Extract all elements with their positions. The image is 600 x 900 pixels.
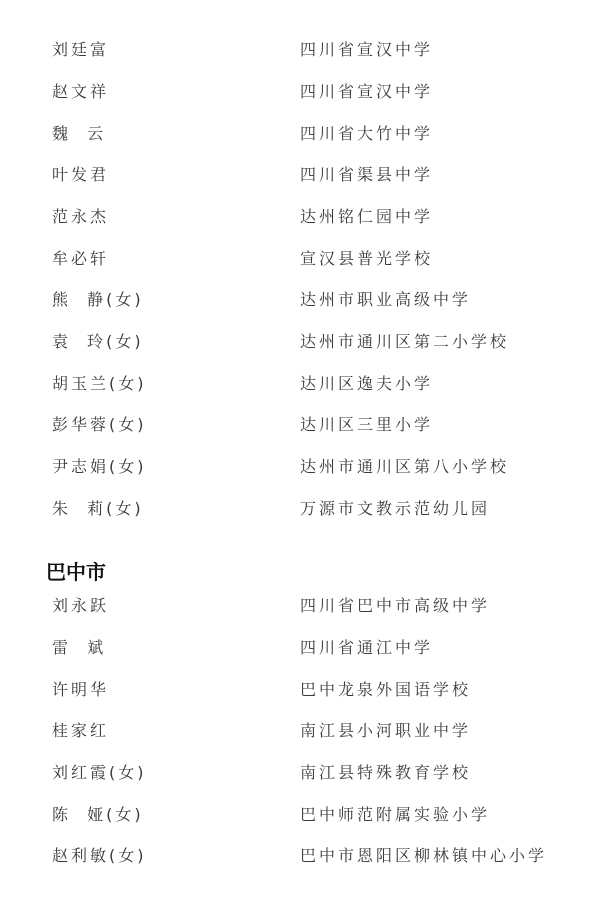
person-name: 赵利敏(女) — [52, 844, 147, 868]
person-name: 桂家红 — [52, 719, 109, 743]
list-item: 魏 云四川省大竹中学 — [0, 122, 600, 146]
school-name: 四川省渠县中学 — [300, 163, 433, 187]
list-item: 雷 斌四川省通江中学 — [0, 636, 600, 660]
person-name: 雷 斌 — [52, 636, 106, 660]
list-item: 刘永跃四川省巴中市高级中学 — [0, 594, 600, 618]
person-name: 陈 娅(女) — [52, 803, 144, 827]
list-item: 范永杰达州铭仁园中学 — [0, 205, 600, 229]
school-name: 宣汉县普光学校 — [300, 247, 433, 271]
list-item: 叶发君四川省渠县中学 — [0, 163, 600, 187]
person-name: 刘廷富 — [52, 38, 109, 62]
school-name: 达川区逸夫小学 — [300, 372, 433, 396]
person-name: 熊 静(女) — [52, 288, 144, 312]
list-item: 袁 玲(女)达州市通川区第二小学校 — [0, 330, 600, 354]
school-name: 南江县特殊教育学校 — [300, 761, 471, 785]
school-name: 达川区三里小学 — [300, 413, 433, 437]
list-item: 陈 娅(女)巴中师范附属实验小学 — [0, 803, 600, 827]
school-name: 达州市职业高级中学 — [300, 288, 471, 312]
school-name: 巴中龙泉外国语学校 — [300, 678, 471, 702]
list-item: 牟必轩宣汉县普光学校 — [0, 247, 600, 271]
person-name: 叶发君 — [52, 163, 109, 187]
school-name: 巴中师范附属实验小学 — [300, 803, 490, 827]
school-name: 四川省宣汉中学 — [300, 80, 433, 104]
person-name: 尹志娟(女) — [52, 455, 147, 479]
section-heading: 巴中市 — [46, 559, 106, 585]
person-name: 刘红霞(女) — [52, 761, 147, 785]
school-name: 四川省宣汉中学 — [300, 38, 433, 62]
school-name: 巴中市恩阳区柳林镇中心小学 — [300, 844, 547, 868]
list-item: 许明华巴中龙泉外国语学校 — [0, 678, 600, 702]
person-name: 范永杰 — [52, 205, 109, 229]
person-name: 魏 云 — [52, 122, 106, 146]
list-item: 胡玉兰(女)达川区逸夫小学 — [0, 372, 600, 396]
list-item: 尹志娟(女)达州市通川区第八小学校 — [0, 455, 600, 479]
person-name: 许明华 — [52, 678, 109, 702]
list-item: 赵文祥四川省宣汉中学 — [0, 80, 600, 104]
list-item: 刘廷富四川省宣汉中学 — [0, 38, 600, 62]
list-item: 熊 静(女)达州市职业高级中学 — [0, 288, 600, 312]
person-name: 牟必轩 — [52, 247, 109, 271]
school-name: 四川省通江中学 — [300, 636, 433, 660]
list-item: 彭华蓉(女)达川区三里小学 — [0, 413, 600, 437]
person-name: 袁 玲(女) — [52, 330, 144, 354]
school-name: 万源市文教示范幼儿园 — [300, 497, 490, 521]
list-item: 桂家红南江县小河职业中学 — [0, 719, 600, 743]
list-item: 刘红霞(女)南江县特殊教育学校 — [0, 761, 600, 785]
school-name: 四川省巴中市高级中学 — [300, 594, 490, 618]
school-name: 达州市通川区第八小学校 — [300, 455, 509, 479]
list-item: 朱 莉(女)万源市文教示范幼儿园 — [0, 497, 600, 521]
school-name: 达州市通川区第二小学校 — [300, 330, 509, 354]
person-name: 刘永跃 — [52, 594, 109, 618]
person-name: 朱 莉(女) — [52, 497, 144, 521]
list-item: 赵利敏(女)巴中市恩阳区柳林镇中心小学 — [0, 844, 600, 868]
person-name: 赵文祥 — [52, 80, 109, 104]
person-name: 胡玉兰(女) — [52, 372, 147, 396]
school-name: 达州铭仁园中学 — [300, 205, 433, 229]
person-name: 彭华蓉(女) — [52, 413, 147, 437]
school-name: 南江县小河职业中学 — [300, 719, 471, 743]
school-name: 四川省大竹中学 — [300, 122, 433, 146]
